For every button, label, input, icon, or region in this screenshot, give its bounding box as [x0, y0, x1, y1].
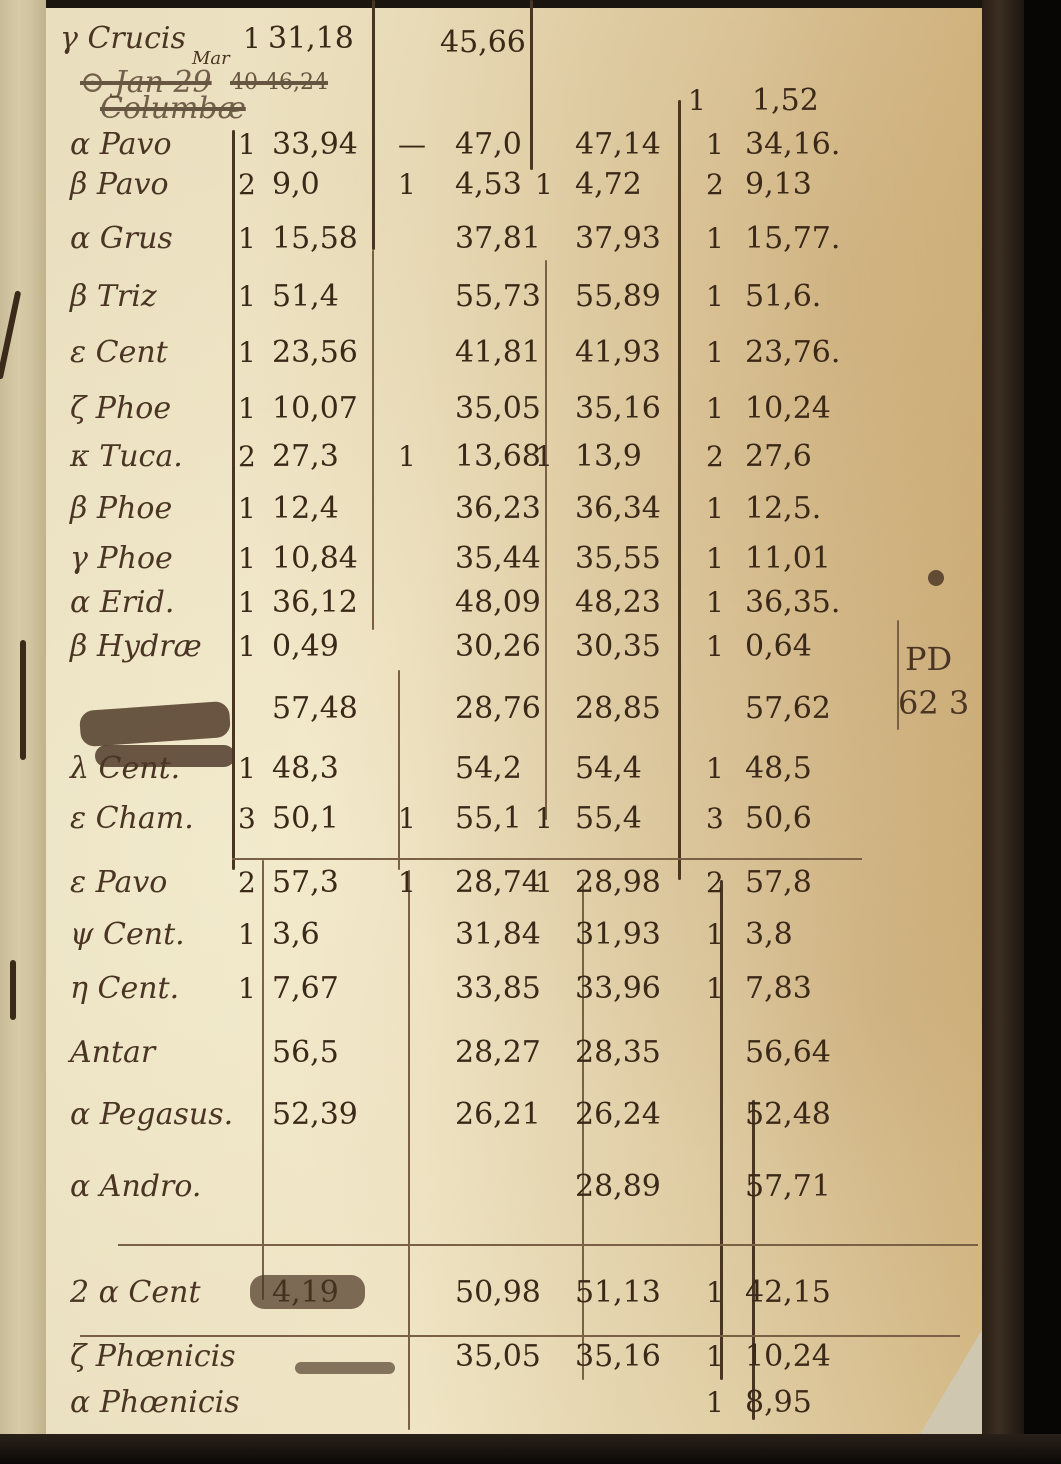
value-col2: 55,1 [455, 802, 522, 836]
value-col1: 48,3 [272, 752, 339, 786]
star-name: α Andro. [70, 1170, 201, 1204]
value-col4: 57,62 [745, 692, 831, 726]
value-col4: 48,5 [745, 752, 812, 786]
mark-col3: 1 [535, 168, 553, 202]
magnitude-mark-col4: 1 [706, 392, 724, 426]
magnitude-mark: 1 [238, 280, 256, 314]
value-col4: 7,83 [745, 972, 812, 1006]
magnitude-mark: 1 [238, 918, 256, 952]
value-col3: 33,96 [575, 972, 661, 1006]
value-col1: 33,94 [272, 128, 358, 162]
magnitude-mark-col4: 2 [706, 440, 724, 474]
value-col3: 28,98 [575, 866, 661, 900]
value-col1: 31,18 [268, 22, 354, 56]
magnitude-mark: 1 [238, 752, 256, 786]
binding-left-page [0, 0, 47, 1464]
mark-col3: 1 [535, 440, 553, 474]
column-rule [545, 260, 547, 820]
row-rule [118, 1244, 978, 1246]
value-col3: 26,24 [575, 1098, 661, 1132]
value-col2: 30,26 [455, 630, 541, 664]
star-name: β Phoe [70, 492, 172, 526]
magnitude-mark-col4: 1 [706, 1340, 724, 1374]
value-col3: 37,93 [575, 222, 661, 256]
value-col1: 36,12 [272, 586, 358, 620]
side-note-pd: PD [905, 640, 952, 678]
value-col2: 45,66 [440, 26, 526, 60]
magnitude-mark: 3 [238, 802, 256, 836]
magnitude-mark: 1 [238, 492, 256, 526]
value-col2: 28,74 [455, 866, 541, 900]
value-col3: 35,16 [575, 392, 661, 426]
value-col1: 12,4 [272, 492, 339, 526]
star-name: κ Tuca. [70, 440, 183, 474]
ink-blot-struck-value [250, 1275, 365, 1309]
value-col4: 11,01 [745, 542, 831, 576]
background [1024, 0, 1061, 1464]
magnitude-mark-col4: 1 [706, 630, 724, 664]
value-col4: 23,76. [745, 336, 840, 370]
value-col2: 33,85 [455, 972, 541, 1006]
column-rule [372, 250, 374, 630]
value-col4: 57,8 [745, 866, 812, 900]
column-rule [678, 100, 681, 880]
magnitude-mark-col4: 1 [706, 1276, 724, 1310]
magnitude-mark-col4: 1 [706, 336, 724, 370]
star-name: ε Cent [70, 336, 168, 370]
value-col2: 13,68 [455, 440, 541, 474]
value-col4: 9,13 [745, 168, 812, 202]
magnitude-mark: 1 [238, 222, 256, 256]
star-name: γ Phoe [70, 542, 173, 576]
page-bottom-edge [0, 1434, 1061, 1464]
value-col4: 57,71 [745, 1170, 831, 1204]
value-col3: 36,34 [575, 492, 661, 526]
value-col2: 35,44 [455, 542, 541, 576]
page-top-edge [46, 0, 982, 8]
magnitude-mark: 1 [238, 630, 256, 664]
star-name: α Grus [70, 222, 173, 256]
magnitude-mark: 1 [688, 84, 706, 118]
value-col3: 48,23 [575, 586, 661, 620]
value-col2: 36,23 [455, 492, 541, 526]
value-col4: 36,35. [745, 586, 840, 620]
mark-col2: 1 [398, 168, 416, 202]
magnitude-mark-col4: 1 [706, 586, 724, 620]
mark-col2: 1 [398, 866, 416, 900]
magnitude-mark-col4: 1 [706, 128, 724, 162]
binding-stitch [20, 640, 26, 760]
value-col1: 3,6 [272, 918, 320, 952]
value-col4: 34,16. [745, 128, 840, 162]
mark-col3: 1 [535, 866, 553, 900]
mark-col2: 1 [398, 440, 416, 474]
value-col1: 27,3 [272, 440, 339, 474]
value-col3: 28,35 [575, 1036, 661, 1070]
row-rule [80, 1335, 960, 1337]
column-rule [408, 870, 410, 1430]
magnitude-mark-col4: 1 [706, 542, 724, 576]
ink-blot-struck-name [95, 745, 235, 767]
value-col2: 50,98 [455, 1276, 541, 1310]
value-col1: 10,07 [272, 392, 358, 426]
value-col2: 54,2 [455, 752, 522, 786]
star-name: ζ Phoe [70, 392, 171, 426]
value-col4: 10,24 [745, 1340, 831, 1374]
star-name: γ Crucis [60, 22, 186, 56]
column-rule [530, 0, 533, 170]
star-name: α Pavo [70, 128, 172, 162]
mark-col3: 1 [535, 802, 553, 836]
star-name: β Hydræ [70, 630, 202, 664]
star-name-struck: Columbæ [100, 92, 246, 126]
value-col3: 35,16 [575, 1340, 661, 1374]
star-name: η Cent. [70, 972, 179, 1006]
value-col3: 30,35 [575, 630, 661, 664]
column-rule [398, 670, 400, 870]
value-col1: 52,39 [272, 1098, 358, 1132]
value-col2: 4,53 [455, 168, 522, 202]
value-col3: 47,14 [575, 128, 661, 162]
star-name: ε Cham. [70, 802, 194, 836]
book-cover-edge [982, 0, 1024, 1464]
star-name: β Pavo [70, 168, 169, 202]
magnitude-mark: 1 [238, 586, 256, 620]
magnitude-mark-col4: 1 [706, 1386, 724, 1420]
ink-dot [928, 570, 944, 586]
value-col1: 56,5 [272, 1036, 339, 1070]
magnitude-mark-col4: 1 [706, 222, 724, 256]
value-col2: 48,09 [455, 586, 541, 620]
ink-dash [295, 1362, 395, 1374]
magnitude-mark: 1 [238, 542, 256, 576]
value-col4: 12,5. [745, 492, 821, 526]
value-col2: 35,05 [455, 1340, 541, 1374]
magnitude-mark: 2 [238, 866, 256, 900]
value-col3: 35,55 [575, 542, 661, 576]
magnitude-mark-col4: 2 [706, 168, 724, 202]
value-col3: 28,89 [575, 1170, 661, 1204]
star-name: ψ Cent. [70, 918, 185, 952]
value-col2: 28,76 [455, 692, 541, 726]
value-col4: 56,64 [745, 1036, 831, 1070]
magnitude-mark: 1 [238, 392, 256, 426]
value-col4: 52,48 [745, 1098, 831, 1132]
value-col4: 8,95 [745, 1386, 812, 1420]
value-col4: 3,8 [745, 918, 793, 952]
value-col3: 51,13 [575, 1276, 661, 1310]
value-col2: 28,27 [455, 1036, 541, 1070]
value-col1: 7,67 [272, 972, 339, 1006]
magnitude-mark: 2 [238, 168, 256, 202]
magnitude-mark-col4: 1 [706, 280, 724, 314]
value-col2: 26,21 [455, 1098, 541, 1132]
magnitude-mark-col4: 1 [706, 492, 724, 526]
value-col3: 28,85 [575, 692, 661, 726]
value-col2: 55,73 [455, 280, 541, 314]
value-col1: 0,49 [272, 630, 339, 664]
value-col3: 55,4 [575, 802, 642, 836]
star-name: β Triz [70, 280, 157, 314]
value-col4: 50,6 [745, 802, 812, 836]
magnitude-mark: 1 [238, 972, 256, 1006]
value-col3: 55,89 [575, 280, 661, 314]
star-name: ε Pavo [70, 866, 167, 900]
side-note-value: 62 3 [898, 684, 969, 722]
value-col4: 10,24 [745, 392, 831, 426]
value-col4: 15,77. [745, 222, 840, 256]
value-col1: 50,1 [272, 802, 339, 836]
value-col4: 1,52 [752, 84, 819, 118]
value-col1: 15,58 [272, 222, 358, 256]
column-rule [372, 0, 375, 250]
binding-stitch [10, 960, 16, 1020]
star-name: α Phœnicis [70, 1386, 240, 1420]
magnitude-mark-col4: 1 [706, 918, 724, 952]
value-col1: 57,48 [272, 692, 358, 726]
value-col2: 31,84 [455, 918, 541, 952]
magnitude-mark-col4: 2 [706, 866, 724, 900]
value-col2: 41,81 [455, 336, 541, 370]
magnitude-mark-col4: 1 [706, 752, 724, 786]
column-rule [262, 860, 264, 1300]
magnitude-mark: 2 [238, 440, 256, 474]
binding-stitch [0, 290, 21, 379]
folded-corner [920, 1330, 982, 1434]
value-col2: 47,0 [455, 128, 522, 162]
mark-col2: 1 [398, 802, 416, 836]
star-name: Antar [70, 1036, 155, 1070]
value-col1: 23,56 [272, 336, 358, 370]
value-col4: 27,6 [745, 440, 812, 474]
magnitude-mark: 1 [238, 336, 256, 370]
value-col4: 0,64 [745, 630, 812, 664]
value-col1: 51,4 [272, 280, 339, 314]
value-col1: 57,3 [272, 866, 339, 900]
value-col4: 42,15 [745, 1276, 831, 1310]
star-name: 2 α Cent [70, 1276, 201, 1310]
value-col1: 9,0 [272, 168, 320, 202]
magnitude-mark-col4: 3 [706, 802, 724, 836]
value-col2: 35,05 [455, 392, 541, 426]
value-col1: 10,84 [272, 542, 358, 576]
value-col3: 31,93 [575, 918, 661, 952]
star-name: α Pegasus. [70, 1098, 233, 1132]
magnitude-mark: 1 [243, 22, 261, 56]
mark-col2: — [398, 128, 426, 162]
value-col4: 51,6. [745, 280, 821, 314]
value-col3: 41,93 [575, 336, 661, 370]
value-col3: 13,9 [575, 440, 642, 474]
row-rule [232, 858, 862, 860]
value-col3: 4,72 [575, 168, 642, 202]
magnitude-mark: 1 [238, 128, 256, 162]
value-col2: 37,81 [455, 222, 541, 256]
magnitude-mark-col4: 1 [706, 972, 724, 1006]
star-name: α Erid. [70, 586, 174, 620]
value-col3: 54,4 [575, 752, 642, 786]
star-name: ζ Phœnicis [70, 1340, 236, 1374]
